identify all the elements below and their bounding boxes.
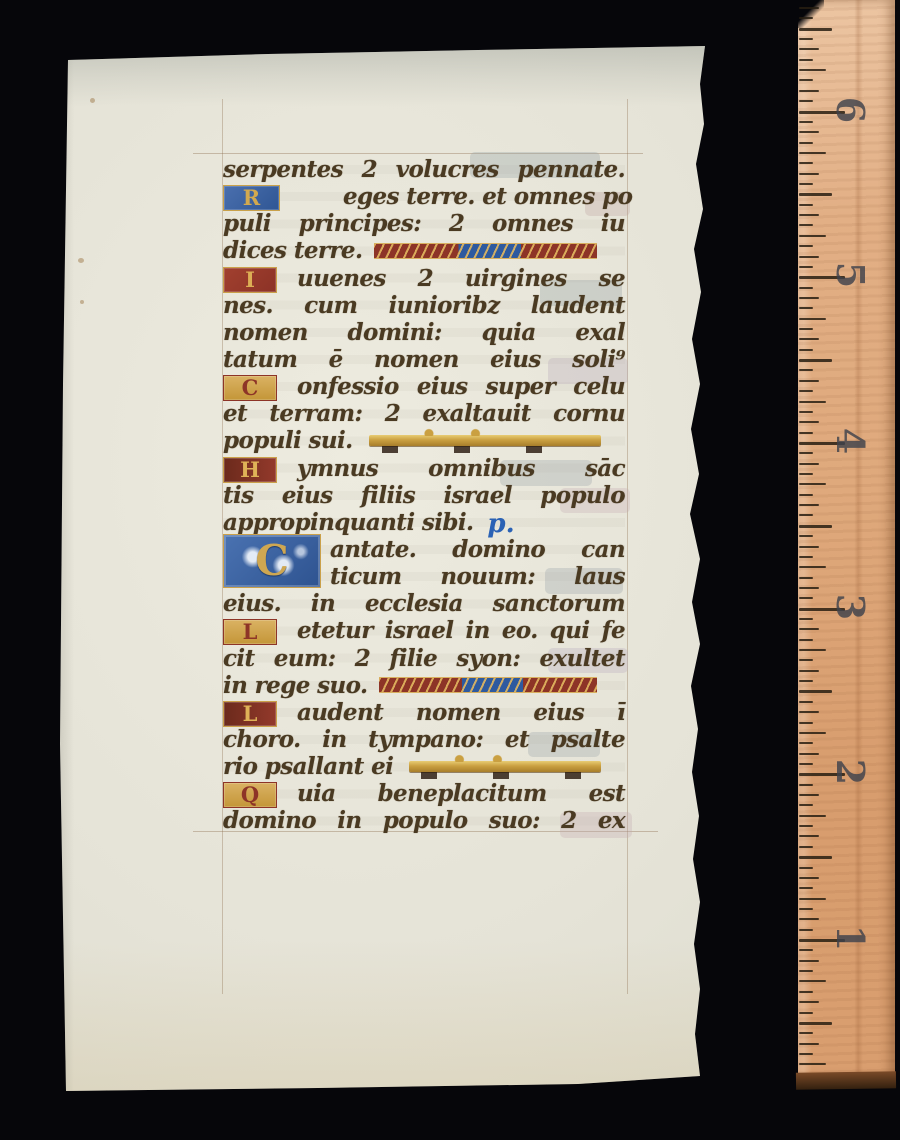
ruler-tick [799,380,819,382]
ruler-tick [799,1032,813,1034]
manuscript-line: rio psallant ei [223,753,625,780]
ruler-tick [799,701,813,703]
ruler-number: 5 [830,253,870,297]
line-text: appropinquanti sibi. [223,509,473,536]
illuminated-initial: L [223,701,277,727]
ruler-tick [799,432,813,434]
illuminated-initial: C [223,534,321,588]
ruler-tick [799,318,826,320]
manuscript-line: populi sui. [223,427,625,454]
ruler-tick [799,753,819,755]
ruler-tick [799,918,819,920]
illuminated-initial: I [223,267,277,293]
ruler-tick [799,17,813,19]
manuscript-line: choro. in tympano: et psalte [223,726,625,753]
ruler-tick [799,204,813,206]
ruler-tick [799,908,813,910]
ruler-end-edge [796,1071,896,1089]
manuscript-line: Quia beneplacitum est [223,780,625,807]
ruler-tick [799,504,819,506]
ruler-tick [799,421,819,423]
manuscript-leaf: serpentes 2 volucres pennate.Reges terre… [58,44,708,1091]
ruler-tick [799,142,813,144]
ruling-line-right [627,99,628,994]
line-filler [369,435,601,446]
ruler-tick [799,59,813,61]
line-text: audent nomen eius ī [297,699,625,726]
ruler-tick [799,1043,819,1045]
ruler-tick [799,949,813,951]
ruler-tick [799,214,819,216]
ruler-tick [799,815,826,817]
ruler-tick [799,970,813,972]
illuminated-initial: C [223,375,277,401]
manuscript-line: serpentes 2 volucres pennate. [223,156,625,183]
ruler-tick [799,328,813,330]
ruler-tick [799,659,813,661]
ruler-tick [799,7,819,9]
manuscript-line: tis eius filiis israel populo [223,482,625,509]
ruler-tick [799,525,832,528]
line-text: ymnus omnibus sāc [297,455,625,482]
manuscript-line: Letetur israel in eo. qui fe [223,617,625,644]
ruler-tick [799,69,826,71]
ruler-tick [799,256,819,258]
ruler-tick [799,48,819,50]
foxing-spot [80,300,84,304]
manuscript-line: eius. in ecclesia sanctorum [223,590,625,617]
ruler-tick [799,100,813,102]
manuscript-line: cit eum: 2 filie syon: exultet [223,645,625,672]
manuscript-line: tatum ē nomen eius soli⁹ [223,346,625,373]
ruler-tick [799,359,832,362]
illuminated-initial: L [223,619,277,645]
line-text: tis eius filiis israel populo [223,482,625,509]
ruler-tick [799,338,819,340]
ruler-tick [799,463,819,465]
manuscript-line: appropinquanti sibi.p. [223,509,625,536]
ruler-tick [799,991,813,993]
ruler-tick [799,794,819,796]
ruler-tick [799,369,813,371]
ruler-tick [799,980,826,982]
ruler-tick [799,411,813,413]
ruler-tick [799,784,813,786]
ruler-tick [799,224,813,226]
ruler-number: 1 [830,916,870,960]
ruler-tick [799,628,819,630]
line-text: et terram: 2 exaltauit cornu [223,400,625,427]
ruler-tick [799,287,813,289]
line-filler [409,761,601,772]
manuscript-line: et terram: 2 exaltauit cornu [223,400,625,427]
line-filler [374,243,597,259]
manuscript-line: Confessio eius super celu [223,373,625,400]
illuminated-initial: Q [223,782,277,808]
ruler-tick [799,193,832,196]
ruler-tick [799,722,813,724]
manuscript-line: Reges terre. et omnes po [223,183,625,210]
line-text: nomen domini: quia exal [223,319,625,346]
manuscript-line: in rege suo. [223,672,625,699]
ruler-tick [799,732,826,734]
ruler-tick [799,245,813,247]
ruler-tick [799,1053,813,1055]
ruler-tick [799,546,819,548]
line-text: eius. in ecclesia sanctorum [223,590,625,617]
line-text: serpentes 2 volucres pennate. [223,156,625,183]
text-block: serpentes 2 volucres pennate.Reges terre… [223,156,625,836]
ruler-tick [799,846,813,848]
ruler-tick [799,401,826,403]
ruler-tick [799,390,813,392]
line-text: choro. in tympano: et psalte [223,726,625,753]
ruler-number: 4 [830,419,870,463]
ruler-number: 6 [830,88,870,132]
ruler-tick [799,79,813,81]
ruler-tick [799,711,819,713]
line-text: dices terre. [223,237,362,264]
ruler-tick [799,1012,813,1014]
line-text: uia beneplacitum est [297,780,625,807]
ruler-tick [799,597,813,599]
ruler-tick [799,473,813,475]
ruler-tick [799,514,813,516]
ruler-tick [799,131,819,133]
line-text: nes. cum iunioribz laudent [223,292,625,319]
manuscript-line: nomen domini: quia exal [223,319,625,346]
line-text: etetur israel in eo. qui fe [297,617,625,644]
ruler-tick [799,804,813,806]
ruler-tick [799,680,813,682]
illuminated-initial: R [223,185,280,211]
line-text: uuenes 2 uirgines se [297,265,625,292]
ruler-tick [799,349,813,351]
ruler-tick [799,898,826,900]
ruler-tick [799,877,819,879]
ruler-tick [799,587,819,589]
ruler-tick [799,856,832,859]
ruler-tick [799,763,813,765]
psalm-mark: p. [487,511,514,538]
ruler-number: 2 [830,750,870,794]
ruler-tick [799,566,826,568]
ruler-tick [799,577,813,579]
ruler-tick [799,1063,826,1065]
ruler-tick [799,1001,819,1003]
ruler-tick [799,690,832,693]
ruler-tick [799,960,819,962]
ruler-tick [799,835,819,837]
ruler-tick [799,235,826,237]
manuscript-line: Laudent nomen eius ī [223,699,625,726]
ruler-tick [799,152,826,154]
ruler-tick [799,639,813,641]
line-text: populi sui. [223,427,353,454]
ruler-tick [799,556,813,558]
manuscript-line: dices terre. [223,237,625,264]
ruler-tick [799,618,813,620]
manuscript-line: domino in populo suo: 2 ex [223,807,625,834]
line-text: eges terre. et omnes po [343,183,632,210]
line-text: rio psallant ei [223,753,393,780]
illuminated-initial: H [223,457,277,483]
ruler-tick [799,867,813,869]
ruler-tick [799,28,832,31]
foxing-spot [78,258,84,263]
line-text: domino in populo suo: 2 ex [223,807,625,834]
manuscript-line: Iuuenes 2 uirgines se [223,265,625,292]
line-text: puli principes: 2 omnes iu [223,210,625,237]
ruler-tick [799,1022,832,1025]
ruler-tick [799,297,819,299]
ruler-tick [799,266,813,268]
ruler-tick [799,483,826,485]
ruler-tick [799,452,813,454]
line-text: in rege suo. [223,672,367,699]
manuscript-line: nes. cum iunioribz laudent [223,292,625,319]
line-text: ticum nouum: laus [330,563,625,590]
ruler-tick [799,825,813,827]
ruler-tick [799,649,826,651]
ruler-tick [799,742,813,744]
line-text: onfessio eius super celu [297,373,625,400]
ruler-number: 3 [830,585,870,629]
manuscript-line: Hymnus omnibus sāc [223,455,625,482]
ruler-tick [799,887,813,889]
ruler-tick [799,121,813,123]
manuscript-line: puli principes: 2 omnes iu [223,210,625,237]
line-text: cit eum: 2 filie syon: exultet [223,645,625,672]
line-text: tatum ē nomen eius soli⁹ [223,346,625,373]
line-text: antate. domino can [330,536,625,563]
ruler-tick [799,535,813,537]
ruler-tick [799,494,813,496]
ruler-tick [799,307,813,309]
line-filler [379,677,597,693]
wooden-ruler: 654321 [798,0,895,1078]
ruler-tick [799,38,813,40]
ruler-tick [799,183,813,185]
foxing-spot [90,98,95,103]
ruler-tick [799,173,819,175]
photo-background: serpentes 2 volucres pennate.Reges terre… [0,0,900,1140]
ruler-tick [799,670,819,672]
ruler-tick [799,90,819,92]
ruler-tick [799,929,813,931]
ruler-tick [799,162,813,164]
